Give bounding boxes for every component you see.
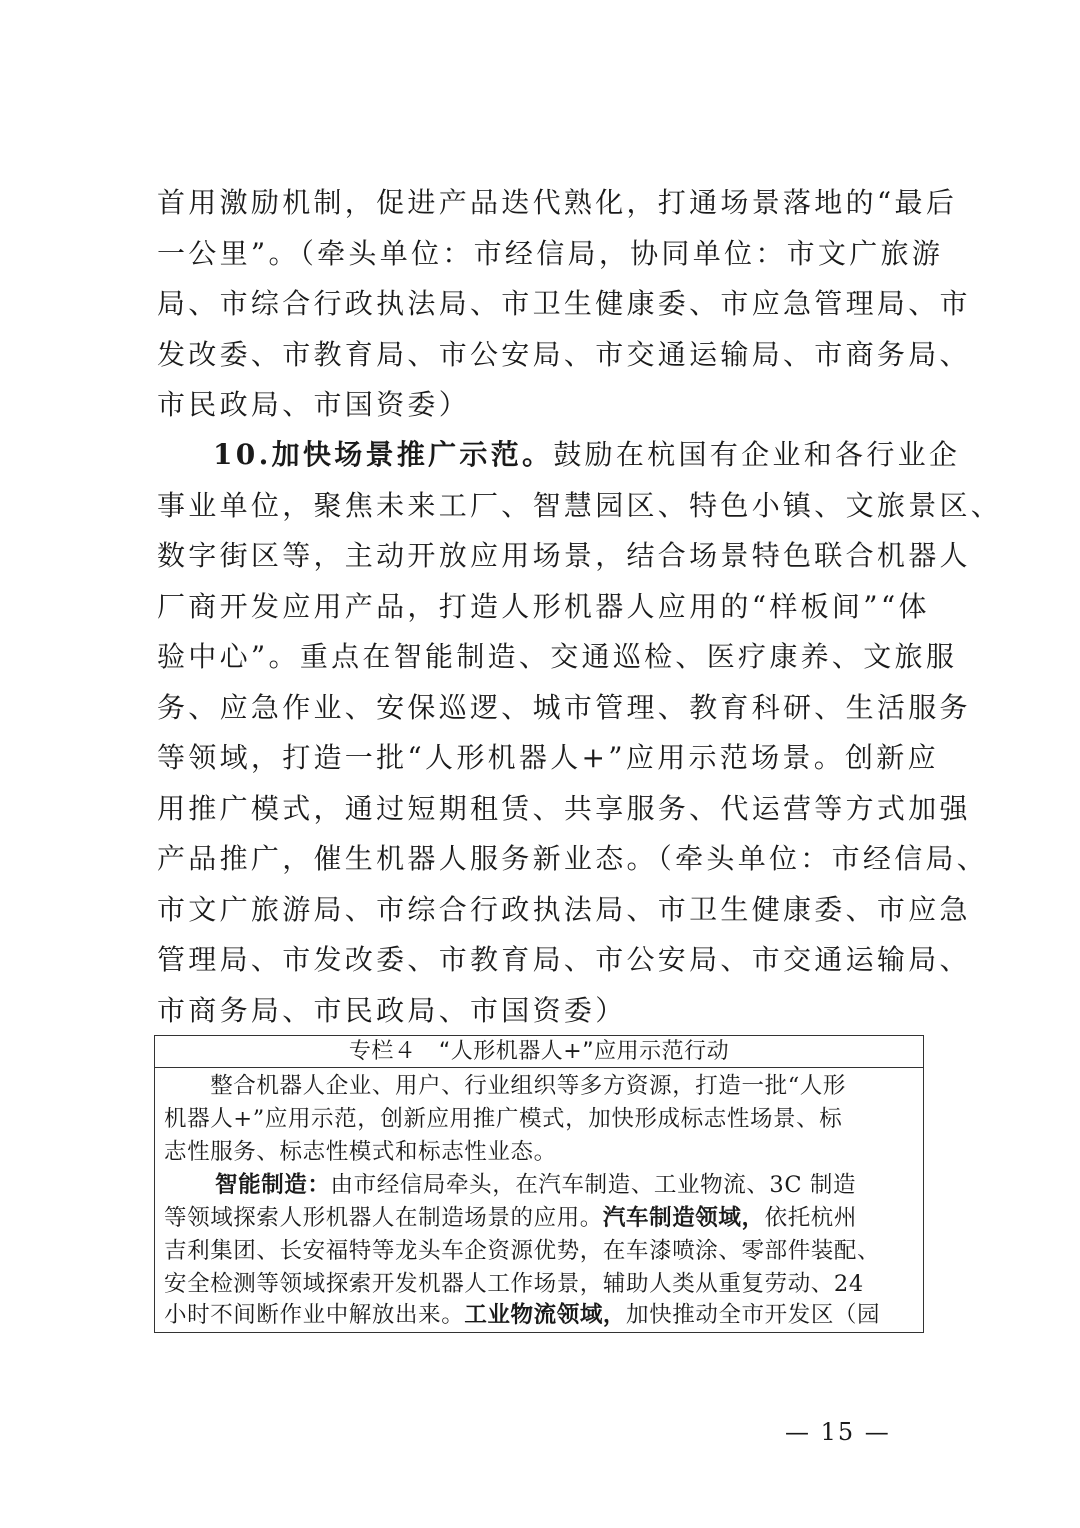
text-line: 数字街区等，主动开放应用场景，结合场景特色联合机器人 — [157, 538, 971, 574]
smart-mfg-label: 智能制造： — [215, 1172, 331, 1198]
column-box-title: 专栏４ “人形机器人+”应用示范行动 — [155, 1036, 923, 1068]
smart-mfg-line: 小时不间断作业中解放出来。工业物流领域，加快推动全市开发区（园 — [164, 1300, 880, 1330]
text-line: 厂商开发应用产品，打造人形机器人应用的“样板间”“体 — [157, 589, 930, 625]
text-line: 管理局、市发改委、市教育局、市公安局、市交通运输局、 — [157, 942, 971, 978]
text-line: 市商务局、市民政局、市国资委） — [157, 993, 627, 1029]
text-line: 产品推广，催生机器人服务新业态。（牵头单位：市经信局、 — [157, 841, 988, 877]
box-text: 加快推动全市开发区（园 — [626, 1302, 880, 1328]
industrial-logistics-label: 工业物流领域， — [464, 1302, 626, 1328]
text-line: 市文广旅游局、市综合行政执法局、市卫生健康委、市应急 — [157, 892, 971, 928]
document-page: 首用激励机制，促进产品迭代熟化，打通场景落地的“最后 一公里”。（牵头单位：市经… — [0, 0, 1080, 1528]
text-line: 市民政局、市国资委） — [157, 387, 470, 423]
text-line: 发改委、市教育局、市公安局、市交通运输局、市商务局、 — [157, 337, 971, 373]
column-box: 专栏４ “人形机器人+”应用示范行动 整合机器人企业、用户、行业组织等多方资源，… — [154, 1035, 924, 1333]
box-text: 依托杭州 — [765, 1205, 857, 1231]
text-line: 局、市综合行政执法局、市卫生健康委、市应急管理局、市 — [157, 286, 971, 322]
box-text: 小时不间断作业中解放出来。 — [164, 1302, 464, 1328]
box-text-line: 志性服务、标志性模式和标志性业态。 — [164, 1137, 557, 1167]
box-text-line: 机器人+”应用示范，创新应用推广模式，加快形成标志性场景、标 — [164, 1104, 842, 1134]
box-text-line: 吉利集团、长安福特等龙头车企资源优势，在车漆喷涂、零部件装配、 — [164, 1236, 880, 1266]
text-line: 一公里”。（牵头单位：市经信局，协同单位：市文广旅游 — [157, 236, 943, 272]
item-10-heading: 10.加快场景推广示范。 — [213, 438, 553, 471]
auto-mfg-label: 汽车制造领域， — [603, 1205, 765, 1231]
text-line: 等领域，打造一批“人形机器人+”应用示范场景。创新应 — [157, 740, 939, 776]
box-text: 等领域探索人形机器人在制造场景的应用。 — [164, 1205, 603, 1231]
smart-mfg-line: 智能制造：由市经信局牵头，在汽车制造、工业物流、3C 制造 — [215, 1170, 856, 1200]
text-line: 验中心”。重点在智能制造、交通巡检、医疗康养、文旅服 — [157, 639, 957, 675]
box-text: 由市经信局牵头，在汽车制造、工业物流、3C 制造 — [331, 1172, 857, 1198]
box-text-line: 整合机器人企业、用户、行业组织等多方资源，打造一批“人形 — [164, 1071, 846, 1101]
text-line: 务、应急作业、安保巡逻、城市管理、教育科研、生活服务 — [157, 690, 971, 726]
text-line: 首用激励机制，促进产品迭代熟化，打通场景落地的“最后 — [157, 185, 957, 221]
text-line: 事业单位，聚焦未来工厂、智慧园区、特色小镇、文旅景区、 — [157, 488, 1002, 524]
box-text-line: 安全检测等领域探索开发机器人工作场景，辅助人类从重复劳动、24 — [164, 1269, 864, 1299]
item-10-first-line-text: 鼓励在杭国有企业和各行业企 — [553, 438, 960, 471]
smart-mfg-line: 等领域探索人形机器人在制造场景的应用。汽车制造领域，依托杭州 — [164, 1203, 857, 1233]
text-line: 用推广模式，通过短期租赁、共享服务、代运营等方式加强 — [157, 791, 971, 827]
item-10-first-line: 10.加快场景推广示范。鼓励在杭国有企业和各行业企 — [213, 437, 960, 473]
page-number: — 15 — — [785, 1418, 891, 1446]
